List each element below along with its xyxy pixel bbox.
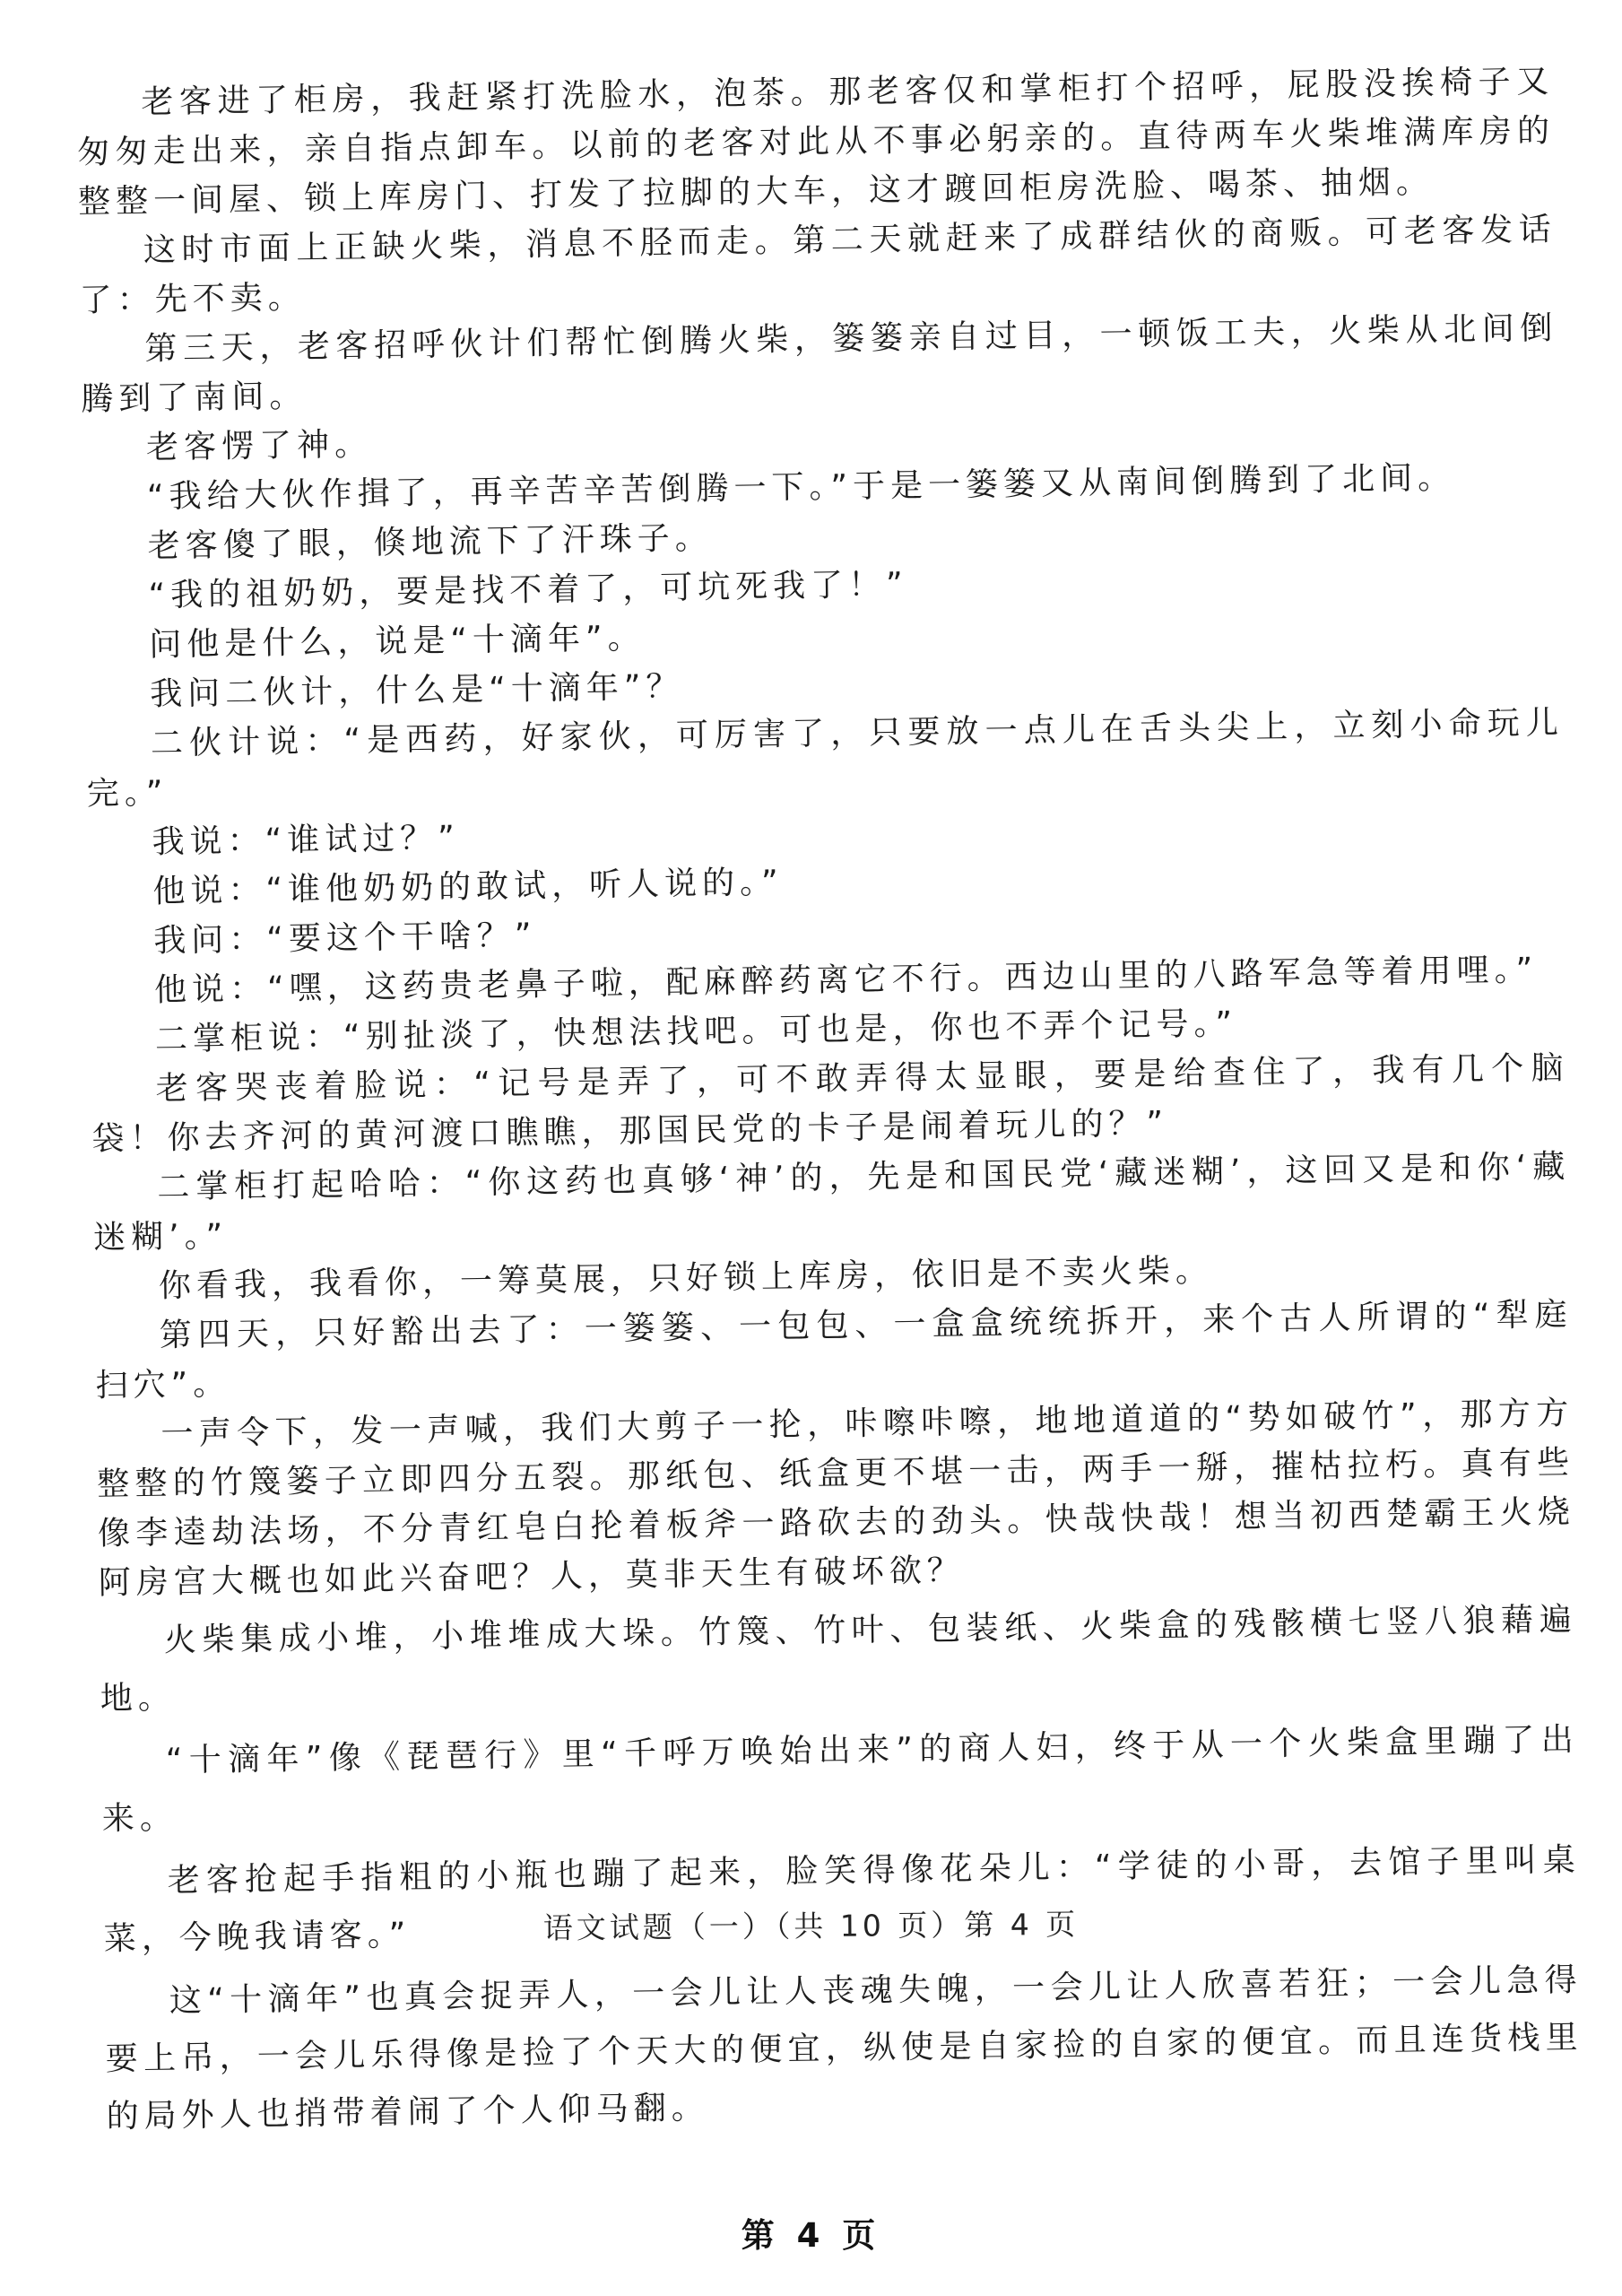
paragraph: 一声令下，发一声喊，我们大剪子一抡，咔嚓咔嚓，地地道道的“势如破竹”，那方方整整… xyxy=(96,1388,1576,1607)
paragraph: 火柴集成小堆，小堆堆成大垛。竹篾、竹叶、包装纸、火柴盒的残骸横七竖八狼藉遍地。 xyxy=(99,1591,1578,1727)
page-number: 第 4 页 xyxy=(0,2208,1622,2257)
passage-text: 老客进了柜房，我赶紧打洗脸水，泡茶。那老客仅和掌柜打个招呼，屁股没挨椅子又匆匆走… xyxy=(76,57,1584,2146)
paragraph: “十滴年”像《琵琶行》里“千呼万唤始出来”的商人妇，终于从一个火柴盒里蹦了出来。 xyxy=(100,1711,1580,1848)
exam-scan-page: 老客进了柜房，我赶紧打洗脸水，泡茶。那老客仅和掌柜打个招呼，屁股没挨椅子又匆匆走… xyxy=(0,0,1622,2296)
paragraph: 老客进了柜房，我赶紧打洗脸水，泡茶。那老客仅和掌柜打个招呼，屁股没挨椅子又匆匆走… xyxy=(76,57,1556,227)
paragraph: 这“十滴年”也真会捉弄人，一会儿让人丧魂失魄，一会儿让人欣喜若狂；一会儿急得要上… xyxy=(104,1952,1584,2145)
